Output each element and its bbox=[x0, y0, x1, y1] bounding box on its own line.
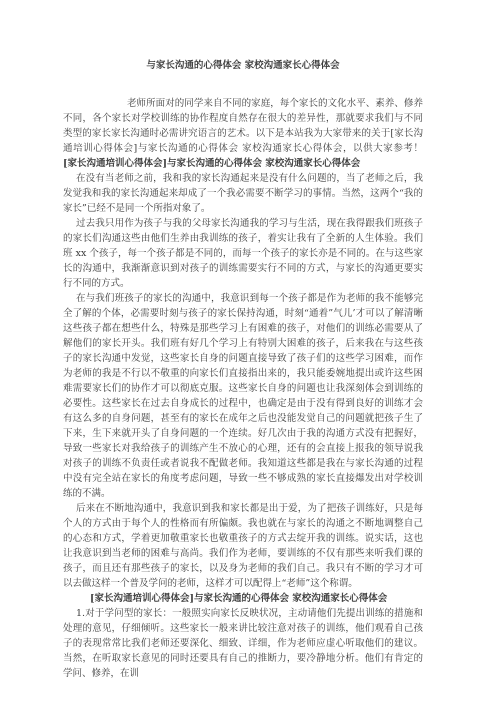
paragraph-text: 后来在不断地沟通中，我意识到我和家长都是出于爱，为了把孩子训练好，只是每个人的方… bbox=[63, 503, 423, 589]
document-title: 与家长沟通的心得体会 家校沟通家长心得体会 bbox=[63, 58, 423, 73]
paragraph-text: 过去我只用作为孩子与我的父母家长沟通我的学习与生活，现在我得跟我们班孩子的家长们… bbox=[63, 218, 423, 289]
paragraph-reflection: 后来在不断地沟通中，我意识到我和家长都是出于爱，为了把孩子训练好，只是每个人的方… bbox=[63, 501, 423, 591]
paragraph-text: 在与我们班孩子的家长的沟通中，我意识到每一个孩子都是作为老师的我不能够完全了解的… bbox=[63, 293, 423, 499]
paragraph-class-children: 过去我只用作为孩子与我的父母家长沟通我的学习与生活，现在我得跟我们班孩子的家长们… bbox=[63, 216, 423, 291]
paragraph-communication-experience: 在与我们班孩子的家长的沟通中，我意识到每一个孩子都是作为老师的我不能够完全了解的… bbox=[63, 291, 423, 501]
paragraph-text-bold: [家长沟通培训心得体会]与家长沟通的心得体会 家校沟通家长心得体会 bbox=[63, 158, 360, 169]
document-page: 与家长沟通的心得体会 家校沟通家长心得体会 老师所面对的同学来自不同的家庭，每个… bbox=[63, 58, 423, 681]
paragraph-knowledge-parents: 1.对于学问型的家长：一般照实向家长反映状况，主动请他们先提出训练的措施和处理的… bbox=[63, 606, 423, 681]
section-heading-text: [家长沟通培训心得体会]与家长沟通的心得体会 家校沟通家长心得体会 bbox=[90, 593, 387, 604]
paragraph-intro: 老师所面对的同学来自不同的家庭，每个家长的文化水平、素养、修养不同，各个家长对学… bbox=[63, 96, 423, 171]
paragraph-text: 1.对于学问型的家长：一般照实向家长反映状况，主动请他们先提出训练的措施和处理的… bbox=[63, 608, 423, 679]
section-heading: [家长沟通培训心得体会]与家长沟通的心得体会 家校沟通家长心得体会 bbox=[63, 591, 423, 606]
paragraph-before-teacher: 在没有当老师之前，我和我的家长沟通起来是没有什么问题的，当了老师之后，我发觉我和… bbox=[63, 171, 423, 216]
paragraph-text: 老师所面对的同学来自不同的家庭，每个家长的文化水平、素养、修养不同，各个家长对学… bbox=[63, 98, 442, 154]
paragraph-text: 在没有当老师之前，我和我的家长沟通起来是没有什么问题的，当了老师之后，我发觉我和… bbox=[63, 173, 423, 214]
